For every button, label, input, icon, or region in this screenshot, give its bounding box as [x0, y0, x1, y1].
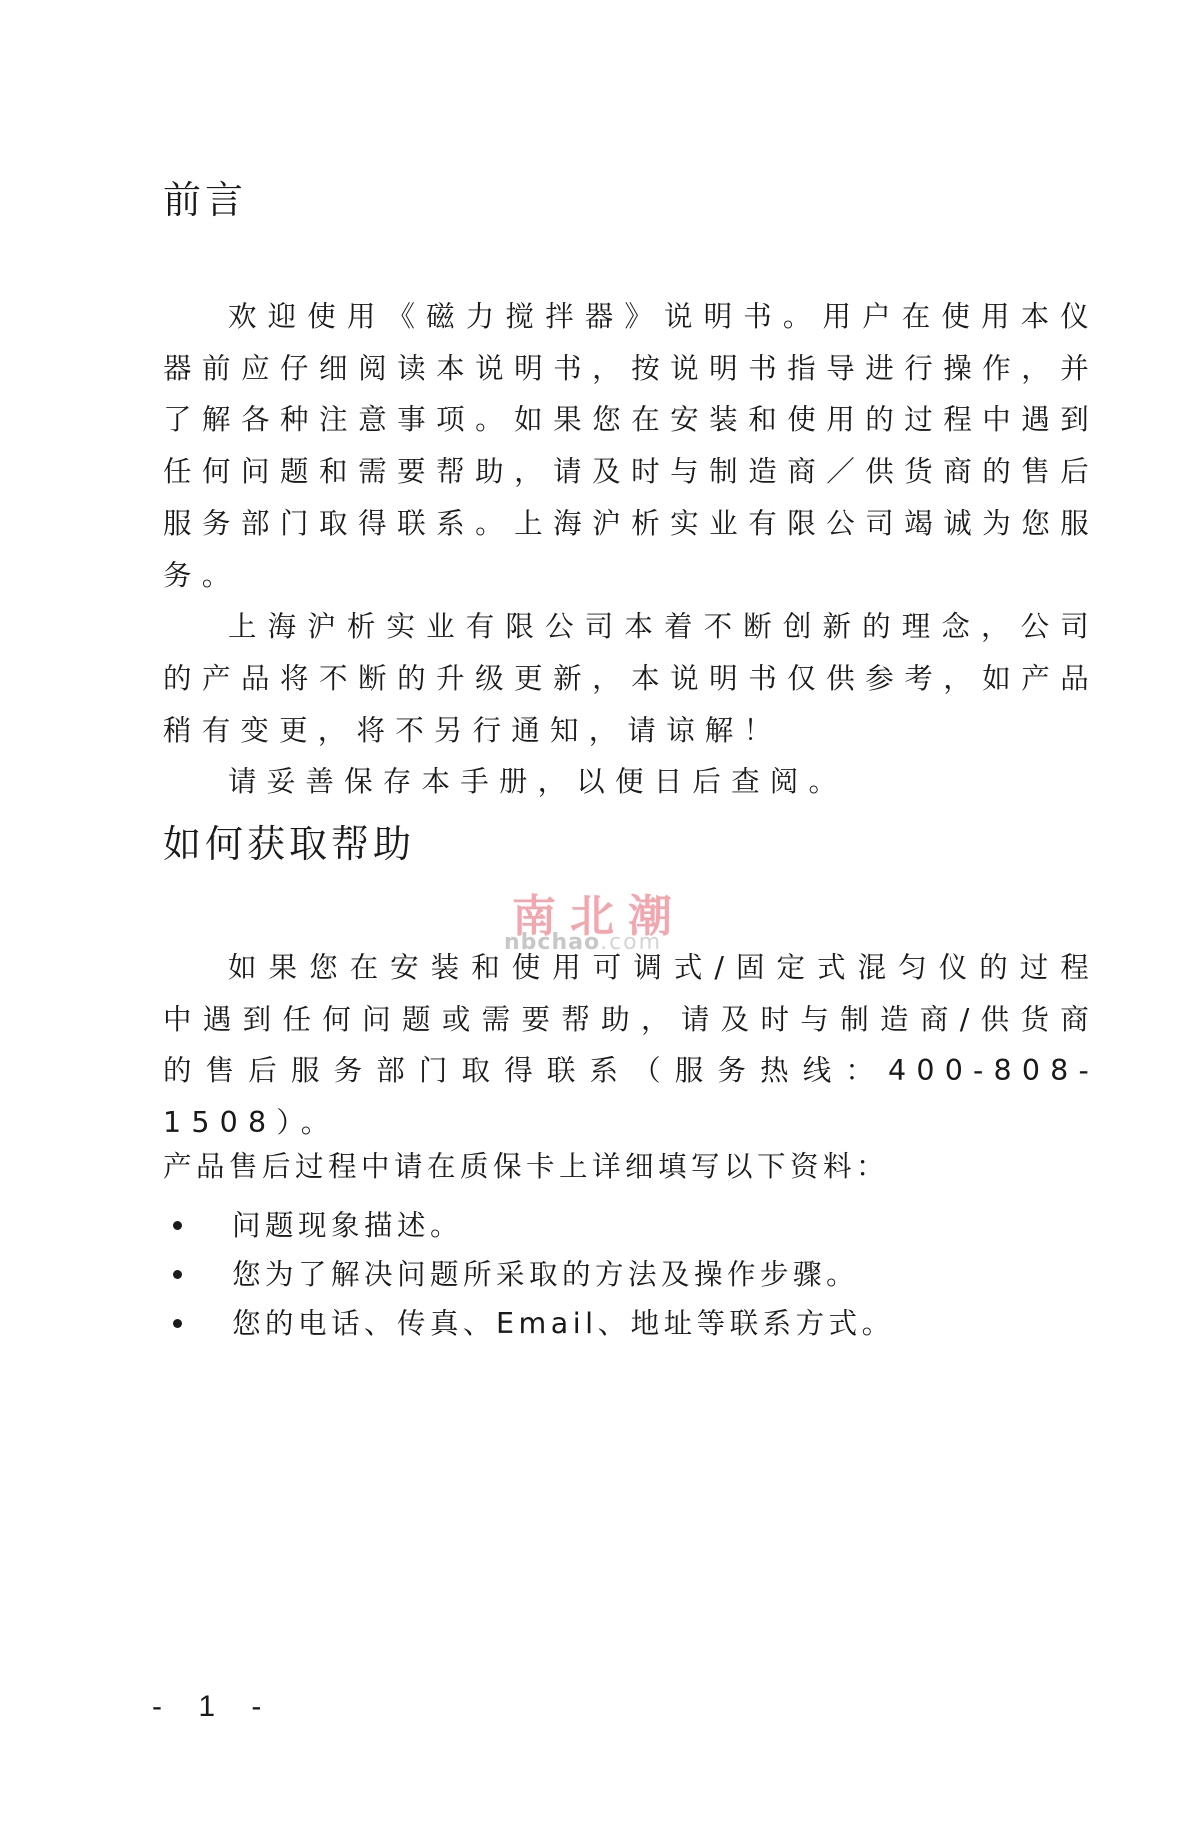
watermark-chinese: 南北潮 [512, 880, 686, 944]
list-item-text: 问题现象描述。 [232, 1204, 463, 1248]
preface-body: 欢迎使用《磁力搅拌器》说明书。用户在使用本仪器前应仔细阅读本说明书，按说明书指导… [163, 291, 1099, 808]
preface-paragraph-2: 上海沪析实业有限公司本着不断创新的理念，公司的产品将不断的升级更新，本说明书仅供… [163, 601, 1099, 756]
preface-paragraph-1: 欢迎使用《磁力搅拌器》说明书。用户在使用本仪器前应仔细阅读本说明书，按说明书指导… [163, 291, 1099, 601]
bullet-icon [173, 1221, 182, 1230]
list-item-text: 您的电话、传真、Email、地址等联系方式。 [232, 1302, 895, 1346]
after-sales-intro: 产品售后过程中请在质保卡上详细填写以下资料： [163, 1147, 889, 1187]
bullet-icon [173, 1270, 182, 1279]
page-number: - 1 - [152, 1690, 275, 1724]
list-item-text: 您为了解决问题所采取的方法及操作步骤。 [232, 1253, 859, 1297]
bullet-icon [173, 1319, 182, 1328]
preface-paragraph-3: 请妥善保存本手册，以便日后查阅。 [163, 756, 1099, 808]
preface-heading: 前言 [163, 178, 247, 222]
help-body: 如果您在安装和使用可调式/固定式混匀仪的过程中遇到任何问题或需要帮助，请及时与制… [163, 942, 1099, 1149]
help-paragraph: 如果您在安装和使用可调式/固定式混匀仪的过程中遇到任何问题或需要帮助，请及时与制… [163, 942, 1099, 1149]
help-heading: 如何获取帮助 [163, 822, 415, 866]
manual-page: 前言 欢迎使用《磁力搅拌器》说明书。用户在使用本仪器前应仔细阅读本说明书，按说明… [0, 0, 1200, 1844]
